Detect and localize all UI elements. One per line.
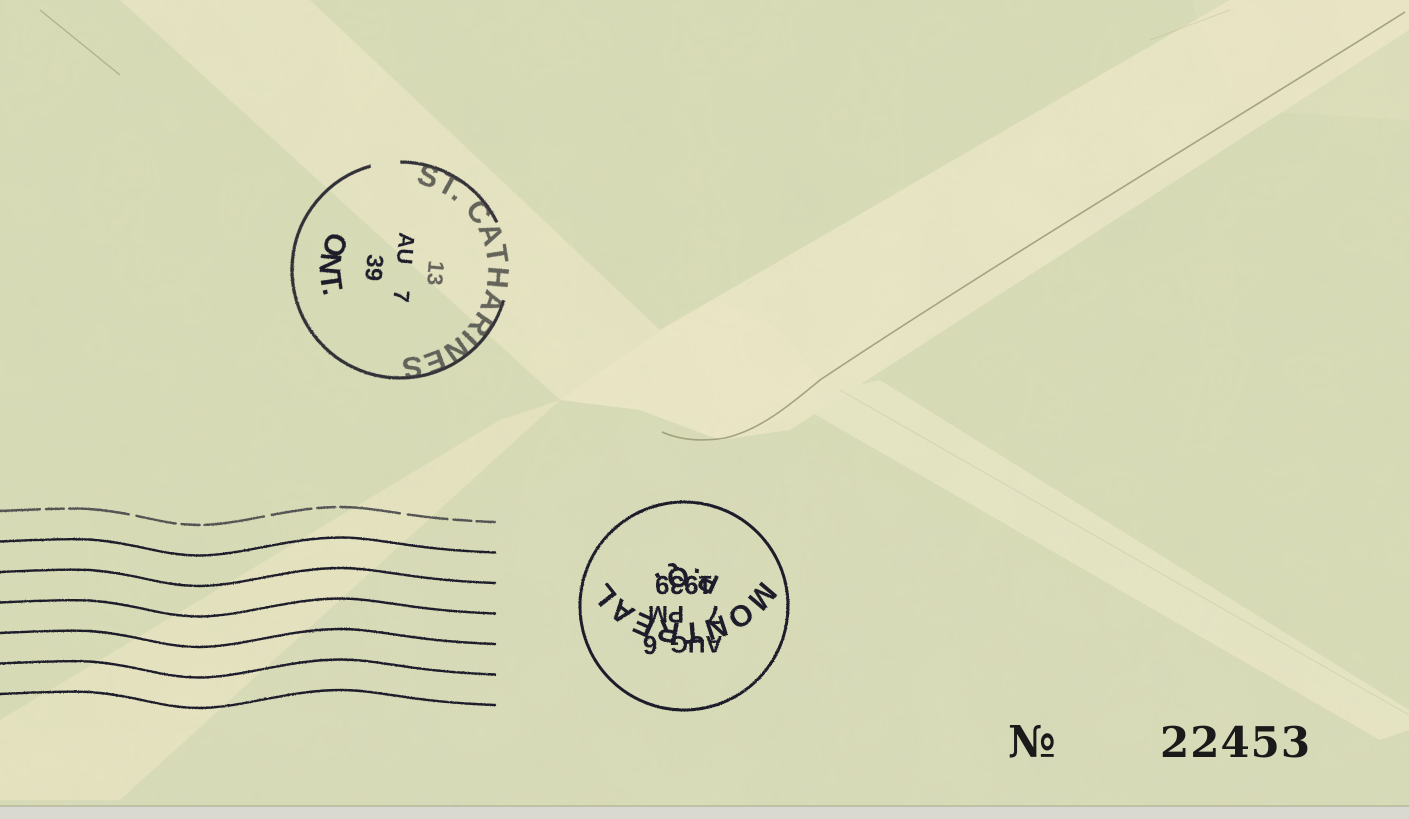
serial-number: № 22453 [1008, 717, 1311, 768]
stc-hour: 13 [422, 260, 449, 287]
serial-prefix: № [1008, 717, 1056, 768]
mtl-hour: 7 [707, 600, 721, 630]
stc-day: 7 [388, 289, 414, 303]
mtl-day: 6 [643, 630, 657, 660]
mtl-ampm: PM [648, 600, 684, 627]
envelope [0, 0, 1409, 806]
stc-year: 39 [359, 253, 388, 282]
envelope-back-photo: ST. CATHARINES ONT. 13 AU 7 39 MONTREAL … [0, 0, 1409, 819]
mtl-year: 1939 [655, 570, 713, 600]
serial-value: 22453 [1160, 718, 1311, 767]
mtl-month: AUG [669, 630, 722, 657]
stc-month: AU [392, 231, 420, 265]
